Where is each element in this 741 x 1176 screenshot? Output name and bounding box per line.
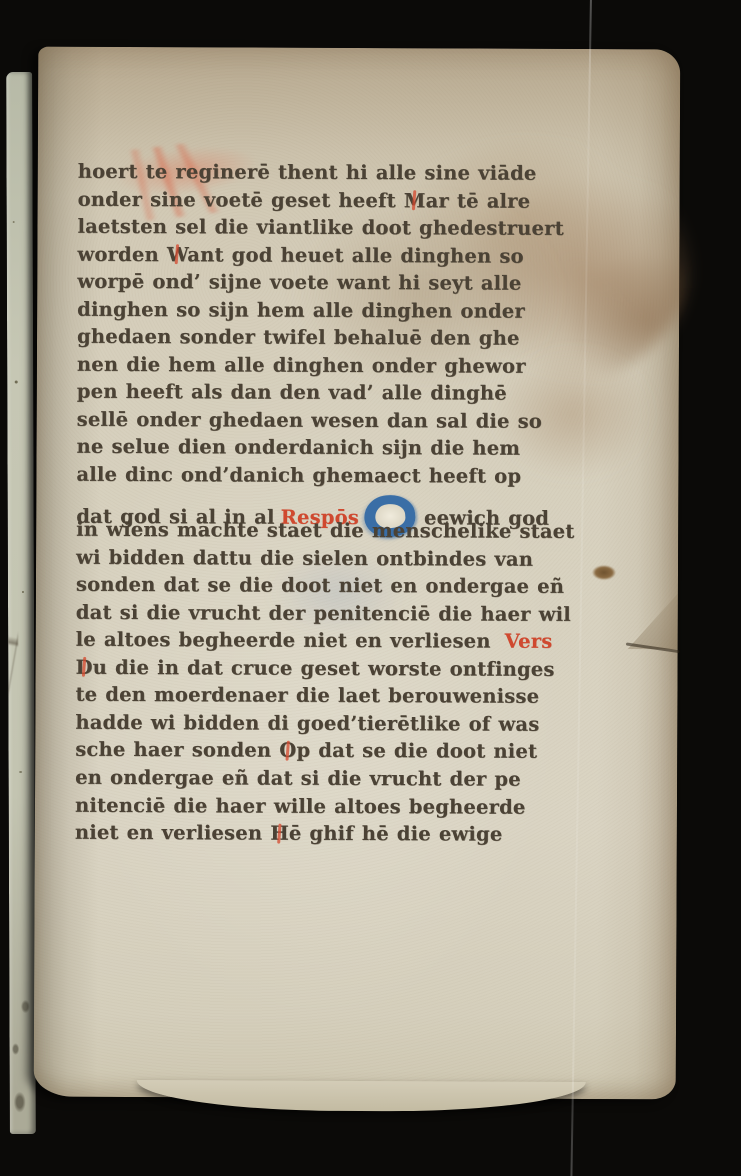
body-text: le altoes begheerde niet en verliesen <box>76 628 499 653</box>
body-text: H <box>270 822 289 845</box>
text-line: dat god si al in alRespōseewich god <box>76 488 572 518</box>
brown-spot <box>592 565 616 580</box>
body-text: alle dinc ond’danich ghemaect heeft op <box>76 463 521 488</box>
body-text: D <box>76 656 93 679</box>
text-line: worpē ond’ sijne voete want hi seyt alle <box>77 268 573 298</box>
rubric-text: Vers <box>505 630 553 653</box>
text-block: hoert te reginerē thent hi alle sine viā… <box>75 158 574 849</box>
body-text: u die in dat cruce geset worste ontfinge… <box>93 656 555 681</box>
text-line: hadde wi bidden di goed’tierētlike of wa… <box>75 709 571 739</box>
text-line: in wiens machte staet die menschelike st… <box>76 516 572 546</box>
text-line: sonden dat se die doot niet en ondergae … <box>76 571 572 601</box>
text-line: pen heeft als dan den vad’ alle dinghē <box>77 378 573 408</box>
body-text: W <box>167 243 188 266</box>
text-line: sellē onder ghedaen wesen dan sal die so <box>77 406 573 436</box>
body-text: ē ghif hē die ewige <box>289 822 503 846</box>
body-text: ar tē alre <box>426 189 531 212</box>
facing-page-edge <box>6 72 36 1134</box>
text-line: te den moerdenaer die laet berouwenisse <box>75 681 571 711</box>
text-line: en ondergae eñ dat si die vrucht der pe <box>75 764 571 794</box>
text-line: Du die in dat cruce geset worste ontfing… <box>76 654 572 684</box>
manuscript-page: hoert te reginerē thent hi alle sine viā… <box>34 47 681 1100</box>
text-line: le altoes begheerde niet en verliesen Ve… <box>76 626 572 656</box>
body-text: nen die hem alle dinghen onder ghewor <box>77 353 526 378</box>
body-text: nitenciē die haer wille altoes begheerde <box>75 793 526 818</box>
body-text: O <box>279 739 296 762</box>
body-text: ghedaen sonder twifel behaluē den ghe <box>77 325 520 350</box>
body-text: worpē ond’ sijne voete want hi seyt alle <box>77 270 521 295</box>
text-line: nen die hem alle dinghen onder ghewor <box>77 351 573 381</box>
body-text: worden <box>77 242 167 265</box>
body-text: dat si die vrucht der penitenciē die hae… <box>76 601 571 626</box>
text-line: worden Want god heuet alle dinghen so <box>77 240 573 270</box>
body-text: onder sine voetē geset heeft <box>78 187 404 211</box>
body-text: hoert te reginerē thent hi alle sine viā… <box>78 160 537 185</box>
text-line: dinghen so sijn hem alle dinghen onder <box>77 296 573 326</box>
text-line: wi bidden dattu die sielen ontbindes van <box>76 543 572 573</box>
photo-backdrop: hoert te reginerē thent hi alle sine viā… <box>0 0 741 1176</box>
text-line: ghedaen sonder twifel behaluē den ghe <box>77 323 573 353</box>
body-text: M <box>404 189 426 212</box>
body-text: laetsten sel die viantlike doot ghedestr… <box>77 215 563 240</box>
body-text: in wiens machte staet die menschelike st… <box>76 518 574 543</box>
body-text: dinghen so sijn hem alle dinghen onder <box>77 298 525 323</box>
body-text: wi bidden dattu die sielen ontbindes van <box>76 545 533 570</box>
body-text: sche haer sonden <box>75 738 279 762</box>
body-text: sellē onder ghedaen wesen dan sal die so <box>77 408 542 433</box>
body-text: en ondergae eñ dat si die vrucht der pe <box>75 766 521 791</box>
body-text: p dat se die doot niet <box>296 739 537 763</box>
body-text: pen heeft als dan den vad’ alle dinghē <box>77 380 507 405</box>
text-line: sche haer sonden Op dat se die doot niet <box>75 736 571 766</box>
edge-tear-flap <box>628 593 678 649</box>
text-line: onder sine voetē geset heeft Mar tē alre <box>78 185 574 215</box>
text-line: laetsten sel die viantlike doot ghedestr… <box>77 213 573 243</box>
body-text: hadde wi bidden di goed’tierētlike of wa… <box>75 711 539 736</box>
text-line: nitenciē die haer wille altoes begheerde <box>75 791 571 821</box>
text-line: alle dinc ond’danich ghemaect heeft op <box>76 461 572 491</box>
body-text: niet en verliesen <box>75 821 270 845</box>
text-line: hoert te reginerē thent hi alle sine viā… <box>78 158 574 188</box>
text-line: niet en verliesen Hē ghif hē die ewige <box>75 819 571 849</box>
text-line: ne selue dien onderdanich sijn die hem <box>76 433 572 463</box>
text-line: dat si die vrucht der penitenciē die hae… <box>76 599 572 629</box>
body-text: ne selue dien onderdanich sijn die hem <box>76 435 520 460</box>
body-text: sonden dat se die doot niet en ondergae … <box>76 573 564 598</box>
bleed-through-marks <box>8 562 19 712</box>
body-text: te den moerdenaer die laet berouwenisse <box>75 683 539 708</box>
body-text: ant god heuet alle dinghen so <box>187 243 524 267</box>
